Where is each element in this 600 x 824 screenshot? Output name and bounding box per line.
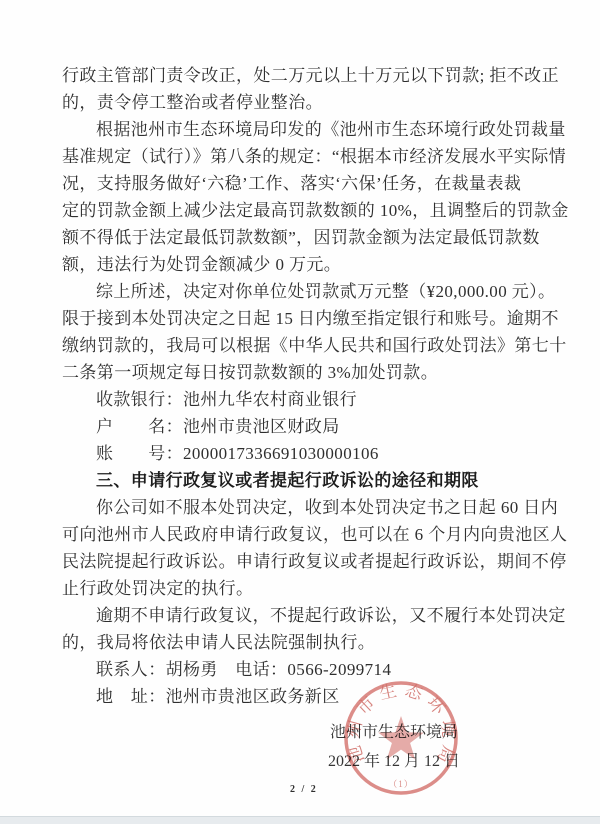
- body-line: 你公司如不服本处罚决定，收到本处罚决定书之日起 60 日内: [62, 494, 542, 521]
- body-line: 的，责令停工整治或者停业整治。: [62, 89, 542, 116]
- body-line: 行政主管部门责令改正，处二万元以上十万元以下罚款; 拒不改正: [62, 62, 542, 89]
- penalty-amount-line: 综上所述，决定对你单位处罚款贰万元整（¥20,000.00 元）。: [62, 278, 542, 305]
- body-line: 止行政处罚决定的执行。: [62, 575, 542, 602]
- body-line: 额，违法行为处罚金额减少 0 万元。: [62, 251, 542, 278]
- body-line: 基准规定（试行）》第八条的规定：“根据本市经济发展水平实际情: [62, 143, 542, 170]
- body-line: 民法院提起行政诉讼。申请行政复议或者提起行政诉讼，期间不停: [62, 548, 542, 575]
- page-number: 2 / 2: [290, 784, 318, 795]
- signature-date: 2022 年 12 月 12 日: [328, 747, 460, 776]
- address-line: 地 址：池州市贵池区政务新区: [62, 683, 542, 710]
- scanned-document: 行政主管部门责令改正，处二万元以上十万元以下罚款; 拒不改正 的，责令停工整治或…: [0, 0, 600, 824]
- account-number-line: 账 号：2000017336691030000106: [62, 440, 542, 467]
- body-line: 况，支持服务做好‘六稳’工作、落实‘六保’任务，在裁量表裁: [62, 170, 542, 197]
- body-line: 逾期不申请行政复议，不提起行政诉讼，又不履行本处罚决定: [62, 602, 542, 629]
- body-line: 二条第一项规定每日按罚款数额的 3%加处罚款。: [62, 359, 542, 386]
- body-line: 限于接到本处罚决定之日起 15 日内缴至指定银行和账号。逾期不: [62, 305, 542, 332]
- body-line: 额不得低于法定最低罚款数额”，因罚款金额为法定最低罚款数: [62, 224, 542, 251]
- body-line: 的，我局将依法申请人民法院强制执行。: [62, 629, 542, 656]
- seal-center-mark: （1）: [388, 779, 414, 789]
- scan-edge: [0, 816, 600, 824]
- bank-name-line: 收款银行：池州九华农村商业银行: [62, 386, 542, 413]
- section-heading: 三、申请行政复议或者提起行政诉讼的途径和期限: [62, 467, 542, 494]
- body-line: 根据池州市生态环境局印发的《池州市生态环境行政处罚裁量: [62, 116, 542, 143]
- body-line: 可向池州市人民政府申请行政复议，也可以在 6 个月内向贵池区人: [62, 521, 542, 548]
- account-name-line: 户 名：池州市贵池区财政局: [62, 413, 542, 440]
- body-line: 定的罚款金额上减少法定最高罚款数额的 10%，且调整后的罚款金: [62, 197, 542, 224]
- contact-line: 联系人：胡杨勇 电话：0566-2099714: [62, 656, 542, 683]
- body-line: 缴纳罚款的，我局可以根据《中华人民共和国行政处罚法》第七十: [62, 332, 542, 359]
- document-body: 行政主管部门责令改正，处二万元以上十万元以下罚款; 拒不改正 的，责令停工整治或…: [62, 62, 542, 710]
- signature-agency: 池州市生态环境局: [328, 718, 460, 747]
- signature-block: 池州市生态环境局 2022 年 12 月 12 日: [328, 718, 460, 776]
